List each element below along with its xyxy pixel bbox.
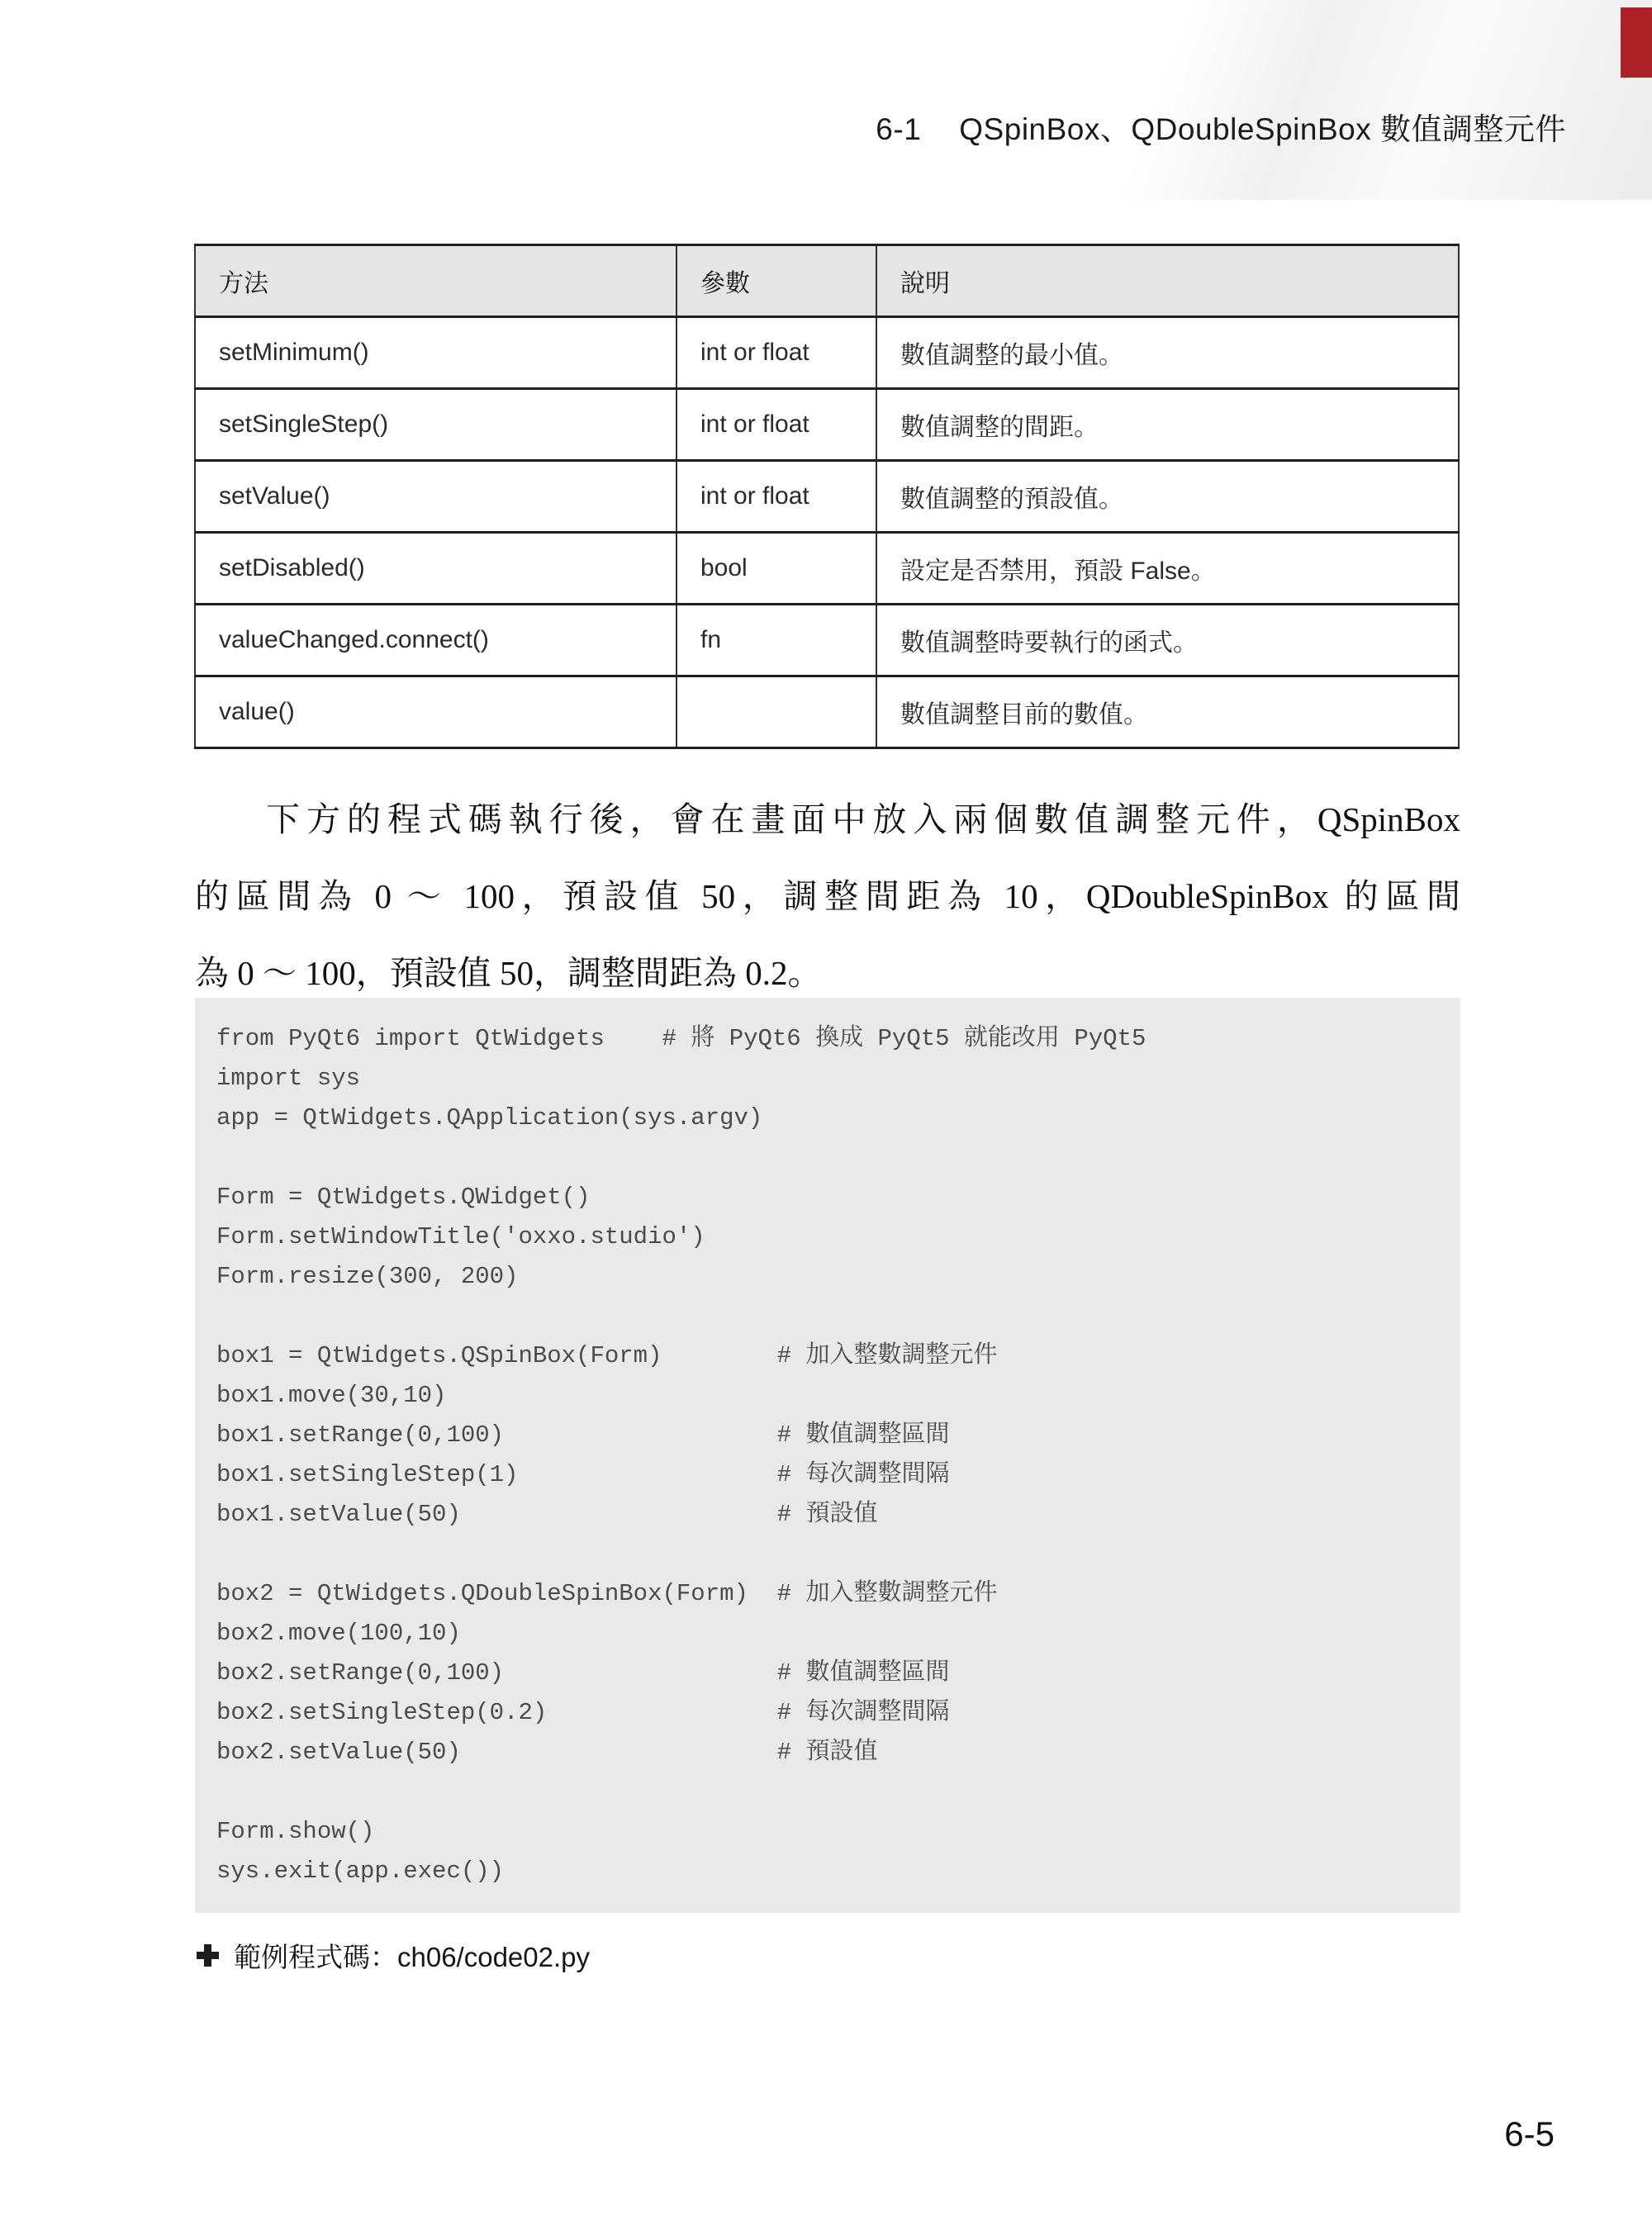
table-cell-method: setDisabled() — [195, 533, 676, 605]
code-line: Form.setWindowTitle('oxxo.studio') — [216, 1217, 1460, 1257]
code-line — [216, 1297, 1460, 1336]
page-title: QSpinBox、QDoubleSpinBox 數值調整元件 — [959, 104, 1566, 149]
code-line — [216, 1535, 1460, 1574]
code-line: box1 = QtWidgets.QSpinBox(Form) # 加入整數調整… — [216, 1336, 1460, 1376]
code-line — [216, 1772, 1460, 1812]
table-cell-description: 數值調整時要執行的函式。 — [876, 605, 1459, 676]
table-cell-param — [676, 676, 876, 748]
table-cell-description: 數值調整的預設值。 — [876, 461, 1459, 533]
methods-table: 方法 參數 說明 setMinimum() int or float 數值調整的… — [194, 244, 1460, 749]
table-row: setSingleStep() int or float 數值調整的間距。 — [195, 389, 1459, 461]
column-header-method: 方法 — [195, 245, 676, 317]
table-cell-description: 數值調整目前的數值。 — [876, 676, 1459, 748]
code-line: box2.setValue(50) # 預設值 — [216, 1733, 1460, 1772]
table-cell-param: int or float — [676, 317, 876, 389]
sample-code-path: 範例程式碼：ch06/code02.py — [234, 1936, 590, 1975]
code-line: import sys — [216, 1059, 1460, 1099]
table-row: setMinimum() int or float 數值調整的最小值。 — [195, 317, 1459, 389]
table-row: setValue() int or float 數值調整的預設值。 — [195, 461, 1459, 533]
code-block: from PyQt6 import QtWidgets # 將 PyQt6 換成… — [195, 998, 1460, 1913]
column-header-param: 參數 — [676, 245, 876, 317]
page-header: 6-1 QSpinBox、QDoubleSpinBox 數值調整元件 — [876, 104, 1566, 149]
code-line: box2 = QtWidgets.QDoubleSpinBox(Form) # … — [216, 1574, 1460, 1614]
sample-code-caption: 範例程式碼：ch06/code02.py — [197, 1936, 590, 1975]
paragraph-line: 的區間為 0 ～ 100，預設值 50，調整間距為 10，QDoubleSpin… — [195, 858, 1460, 935]
code-line: from PyQt6 import QtWidgets # 將 PyQt6 換成… — [216, 1019, 1460, 1059]
code-line — [216, 1138, 1460, 1178]
table-cell-method: setMinimum() — [195, 317, 676, 389]
body-paragraph: 下方的程式碼執行後，會在畫面中放入兩個數值調整元件，QSpinBox 的區間為 … — [195, 781, 1460, 1012]
code-line: sys.exit(app.exec()) — [216, 1852, 1460, 1891]
paragraph-line: 下方的程式碼執行後，會在畫面中放入兩個數值調整元件，QSpinBox — [195, 781, 1460, 858]
code-line: Form = QtWidgets.QWidget() — [216, 1178, 1460, 1217]
code-line: box1.setValue(50) # 預設值 — [216, 1495, 1460, 1535]
table-cell-param: fn — [676, 605, 876, 676]
code-line: box2.setRange(0,100) # 數值調整區間 — [216, 1654, 1460, 1693]
code-line: box2.setSingleStep(0.2) # 每次調整間隔 — [216, 1693, 1460, 1733]
chapter-edge-tab — [1621, 7, 1652, 78]
table-row: valueChanged.connect() fn 數值調整時要執行的函式。 — [195, 605, 1459, 676]
table-row: setDisabled() bool 設定是否禁用，預設 False。 — [195, 533, 1459, 605]
table-cell-method: setValue() — [195, 461, 676, 533]
table-cell-method: setSingleStep() — [195, 389, 676, 461]
table-cell-description: 設定是否禁用，預設 False。 — [876, 533, 1459, 605]
table-header-row: 方法 參數 說明 — [195, 245, 1459, 317]
code-line: Form.show() — [216, 1812, 1460, 1852]
table-cell-param: bool — [676, 533, 876, 605]
table-cell-param: int or float — [676, 461, 876, 533]
table-cell-method: value() — [195, 676, 676, 748]
code-line: box1.setSingleStep(1) # 每次調整間隔 — [216, 1455, 1460, 1495]
table-cell-param: int or float — [676, 389, 876, 461]
code-line: box1.setRange(0,100) # 數值調整區間 — [216, 1416, 1460, 1455]
page-corner-shade — [834, 0, 1652, 200]
table-cell-description: 數值調整的間距。 — [876, 389, 1459, 461]
code-line: Form.resize(300, 200) — [216, 1257, 1460, 1297]
code-line: app = QtWidgets.QApplication(sys.argv) — [216, 1099, 1460, 1138]
page-number: 6-5 — [1504, 2114, 1555, 2154]
table-cell-method: valueChanged.connect() — [195, 605, 676, 676]
table-cell-description: 數值調整的最小值。 — [876, 317, 1459, 389]
table-row: value() 數值調整目前的數值。 — [195, 676, 1459, 748]
plus-bullet-icon — [197, 1944, 219, 1967]
section-number: 6-1 — [876, 112, 921, 147]
code-line: box1.move(30,10) — [216, 1376, 1460, 1416]
code-line: box2.move(100,10) — [216, 1614, 1460, 1654]
column-header-description: 說明 — [876, 245, 1459, 317]
